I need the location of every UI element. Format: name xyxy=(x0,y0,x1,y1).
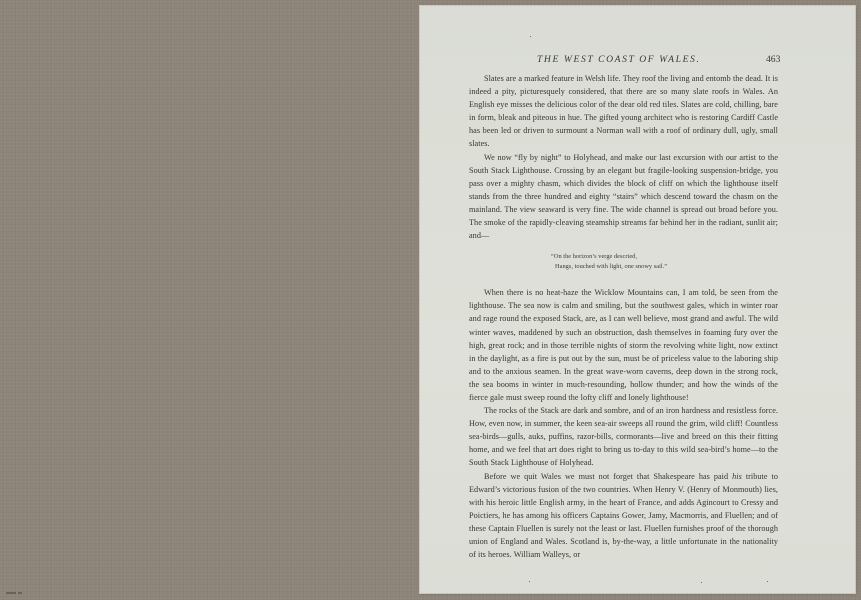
paragraph-wicklow: When there is no heat-haze the Wicklow M… xyxy=(469,286,778,404)
verse-line: “On the horizon’s verge descried, xyxy=(551,252,778,262)
paragraph-stack-rocks: The rocks of the Stack are dark and somb… xyxy=(469,404,778,469)
paper-speck xyxy=(530,36,531,37)
body-text: Slates are a marked feature in Welsh lif… xyxy=(469,72,778,561)
paragraph-shakespeare: Before we quit Wales we must not forget … xyxy=(469,470,778,562)
paper-speck xyxy=(701,582,702,583)
verse-line: Hangs, touched with light, one snowy sai… xyxy=(551,262,778,272)
italic-emphasis: his xyxy=(732,472,742,481)
paper-speck xyxy=(767,581,768,582)
verse-quotation: “On the horizon’s verge descried, Hangs,… xyxy=(551,242,778,286)
running-title: THE WEST COAST OF WALES. xyxy=(537,54,700,65)
text-run: tribute to Edward’s victorious fusion of… xyxy=(469,472,778,560)
paper-speck xyxy=(529,581,530,582)
book-page: THE WEST COAST OF WALES. 463 Slates are … xyxy=(420,6,855,593)
page-number: 463 xyxy=(766,54,780,65)
archive-stamp xyxy=(6,592,16,594)
text-run: Before we quit Wales we must not forget … xyxy=(484,472,732,481)
paragraph-slates: Slates are a marked feature in Welsh lif… xyxy=(469,72,778,151)
paragraph-holyhead: We now “fly by night” to Holyhead, and m… xyxy=(469,151,778,243)
